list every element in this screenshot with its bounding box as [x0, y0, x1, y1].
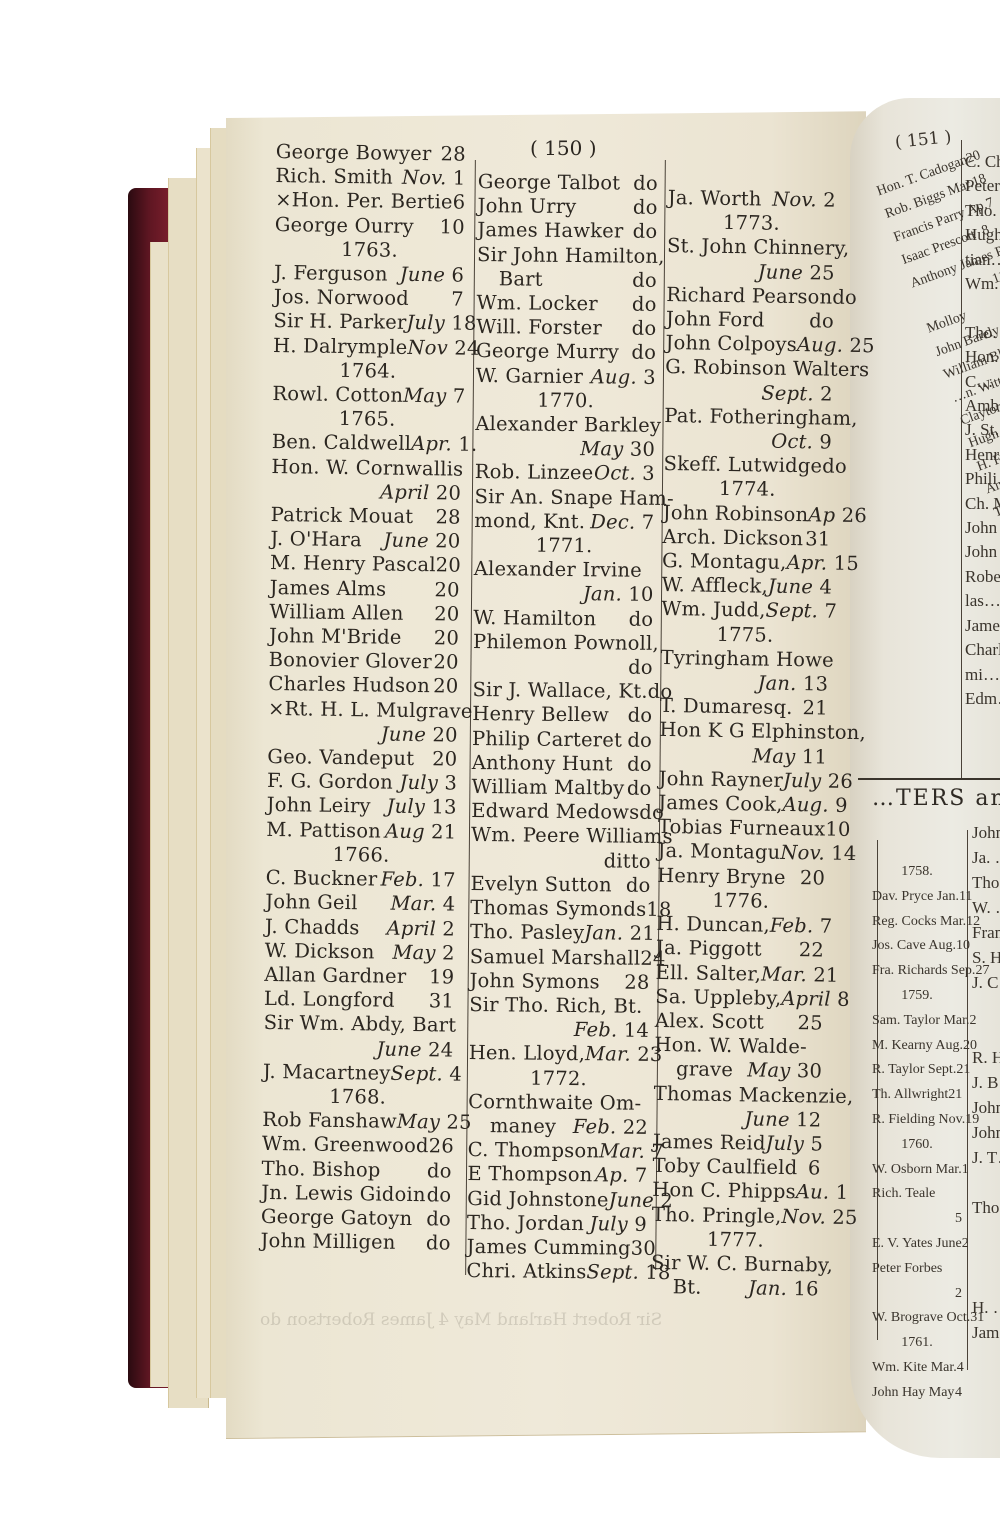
month: Dec.	[590, 510, 635, 533]
officer-name: W. Hamilton	[473, 606, 596, 631]
officer-name: Reg. Cocks Mar.	[872, 910, 966, 935]
commission-date: Jan. 16	[748, 1277, 819, 1302]
list-item: Rich. SmithNov. 1	[275, 164, 465, 191]
day: 25	[809, 261, 835, 284]
officer-name-fragment: W. …	[972, 895, 1000, 920]
day: 6	[808, 1156, 821, 1179]
commission-date: Apr. 1.	[411, 432, 478, 457]
month: April	[781, 987, 831, 1011]
officer-name: Wm. Peere Williams	[471, 823, 673, 849]
month: June	[383, 529, 429, 553]
officer-name-fragment: R. H…	[972, 1045, 1000, 1070]
list-column-2: George TalbotdoJohn UrrydoJames Hawkerdo…	[466, 170, 658, 1285]
commission-date: June 25	[758, 260, 835, 285]
officer-name-fragment: S. H…	[972, 945, 1000, 970]
month: July	[765, 1132, 804, 1156]
list-item: Allan Gardner19	[264, 963, 454, 990]
commission-date: Feb. 17	[380, 868, 455, 893]
month: Nov.	[780, 841, 825, 865]
officer-name: grave	[654, 1057, 733, 1082]
list-item: J. FergusonJune 6	[274, 261, 464, 288]
commission-date: May 25	[397, 1110, 472, 1135]
commission-date: Jan. 21	[584, 921, 655, 946]
officer-name: Bt.	[651, 1275, 702, 1300]
officer-name: M. Pattison	[266, 818, 381, 844]
list-item: Alex. Scott25	[655, 1009, 823, 1036]
day: 28	[624, 970, 649, 993]
day: do	[628, 704, 653, 727]
list-item: June 20	[268, 721, 458, 748]
officer-name: Wm. Judd,	[661, 597, 766, 623]
day: 22	[623, 1115, 648, 1138]
day: do	[427, 1183, 452, 1206]
list-item: Sam. Taylor Mar.2	[872, 1009, 962, 1034]
list-item: Tho. JordanJuly 9	[467, 1211, 647, 1237]
officer-name: Pat. Fotheringham,	[664, 404, 858, 431]
officer-name-fragment: Tho. …	[965, 321, 1000, 345]
day: 21	[630, 922, 655, 945]
commission-date: 20	[432, 747, 458, 772]
list-item: Jan. 13	[660, 670, 828, 697]
officer-name: John Symons	[469, 969, 599, 995]
month: June	[768, 575, 814, 599]
list-item: C. ThompsonMar. 7	[468, 1138, 648, 1164]
list-item: George Bowyer28	[276, 140, 466, 167]
month: Apr.	[786, 551, 827, 575]
officer-name: Tho. Pasley	[470, 920, 584, 945]
day: 24	[428, 1038, 454, 1061]
list-item: Thomas Mackenzie,	[654, 1081, 822, 1108]
officer-name: R. Taylor Sept.	[872, 1058, 956, 1083]
officer-name: Jos. Cave Aug.	[872, 934, 956, 959]
officer-name-fragment: Peter …	[965, 174, 1000, 198]
list-item: Hen. Lloyd,Mar. 23	[469, 1041, 649, 1067]
commission-date: do	[832, 285, 857, 310]
officer-name: J. Chadds	[265, 914, 360, 940]
month: June	[400, 263, 446, 287]
list-item: Will. Forsterdo	[476, 315, 656, 341]
day: do	[632, 317, 657, 340]
commission-date: 20	[800, 866, 826, 891]
day: 6	[453, 191, 466, 214]
list-item: George Gatoyndo	[261, 1205, 451, 1232]
officer-name: Skeff. Lutwidge	[663, 452, 822, 479]
month: Nov.	[781, 1204, 826, 1228]
day: 26	[429, 1135, 455, 1158]
commission-date: 28	[440, 142, 466, 167]
officer-name: C. Buckner	[266, 866, 378, 892]
list-item: St. John Chinnery,	[667, 234, 835, 261]
officer-name-fragment: Edm…	[965, 687, 1000, 711]
officer-name: W. Affleck,	[662, 573, 768, 599]
officer-name: Evelyn Sutton	[470, 872, 612, 898]
commission-date: do	[427, 1159, 452, 1184]
list-item: June 12	[653, 1106, 821, 1133]
commission-date: do	[426, 1231, 451, 1256]
commission-date: Nov. 2	[772, 188, 836, 213]
officer-name: Sir An. Snape Ham-	[474, 485, 673, 511]
officer-name: Ell. Salter,	[655, 960, 761, 986]
list-item: Hon. W. Cornwallis	[271, 455, 461, 482]
officer-name: St. John Chinnery,	[667, 234, 850, 261]
officer-name: Edward Medows	[471, 799, 639, 825]
commission-date: 19	[429, 965, 455, 990]
list-item: Toby Caulfield6	[652, 1154, 820, 1181]
list-item: Tobias Furneaux10	[658, 815, 826, 842]
month: Feb.	[574, 1018, 618, 1041]
list-item: Alexander Irvine	[474, 557, 654, 583]
day: do	[632, 268, 657, 291]
officer-name: Ben. Caldwell	[272, 430, 412, 456]
commission-date: May 7	[403, 384, 466, 409]
commission-date: Sept. 7	[765, 599, 837, 624]
officer-name: J. Macartney	[263, 1060, 391, 1086]
list-item: John LeiryJuly 13	[267, 793, 457, 820]
officer-name: H. Duncan,	[656, 912, 770, 938]
day: 10	[439, 215, 465, 238]
commission-date: 26	[429, 1135, 455, 1160]
list-item: Feb. 14	[469, 1017, 649, 1043]
day: 20	[432, 747, 458, 770]
officer-name: Patrick Mouat	[271, 503, 414, 529]
commission-date: 20	[433, 675, 459, 700]
day: 31	[429, 989, 455, 1012]
day: 10	[628, 583, 653, 606]
day: 11	[802, 745, 828, 768]
commission-date: May 2	[392, 940, 455, 965]
officer-name: ×Rt. H. L. Mulgrave	[268, 697, 473, 724]
list-item: George Talbotdo	[478, 170, 658, 196]
list-item: Anthony Huntdo	[472, 751, 652, 777]
list-item: Cornthwaite Om-	[468, 1090, 648, 1116]
officer-name: T. Dumaresq.	[660, 694, 793, 720]
commission-date: Aug 21	[385, 819, 457, 844]
officer-name: Cornthwaite Om-	[468, 1090, 641, 1116]
year-heading: 1765.	[272, 406, 462, 433]
day: do	[632, 293, 657, 316]
officer-name: George Talbot	[478, 170, 621, 196]
officer-name-fragment: J. C…	[972, 970, 1000, 995]
commission-date: do	[426, 1183, 451, 1208]
list-item: John RobinsonAp 26	[663, 501, 831, 528]
officer-name-fragment: Phili…	[965, 467, 1000, 491]
month: Jan.	[584, 921, 623, 944]
day: 15	[834, 552, 860, 575]
month: Oct.	[594, 462, 636, 485]
day: 10	[956, 934, 970, 959]
commission-date: 31	[429, 989, 455, 1014]
list-item: J. O'HaraJune 20	[270, 527, 460, 554]
commission-date: Aug. 25	[797, 333, 875, 358]
day: 11	[959, 885, 972, 910]
day: do	[629, 607, 654, 630]
commission-date: July 5	[765, 1132, 823, 1157]
day: 7	[824, 600, 837, 623]
list-item: H. Duncan,Feb. 7	[656, 912, 824, 939]
year-heading: 1766.	[266, 842, 456, 869]
officer-name: Hon. W. Cornwallis	[271, 455, 463, 482]
commission-date: June 4	[768, 575, 833, 600]
commission-date: Dec. 7	[590, 510, 654, 535]
list-item: Tyringham Howe	[660, 646, 828, 673]
day: 14	[624, 1019, 649, 1042]
list-item: J. ChaddsApril 2	[265, 914, 455, 941]
month: April	[386, 916, 436, 940]
commission-date: Nov. 25	[781, 1204, 858, 1229]
list-item: W. Affleck,June 4	[662, 573, 830, 600]
list-item: Skeff. Lutwidgedo	[663, 452, 831, 479]
list-item: W. Osborn Mar.1	[872, 1158, 962, 1183]
commission-date: 31	[805, 527, 831, 552]
list-item: G. Robinson Walters	[665, 355, 833, 382]
day: 26	[828, 769, 854, 792]
officer-name: Jos. Norwood	[274, 285, 409, 311]
year-heading: 1759.	[872, 984, 962, 1009]
day: 20	[433, 651, 459, 674]
officer-name: F. G. Gordon	[267, 769, 393, 795]
day: do	[628, 656, 653, 679]
list-item: Jos. Cave Aug.10	[872, 934, 962, 959]
list-item: 2	[872, 1282, 962, 1307]
officer-name: Rob Fanshaw	[262, 1108, 397, 1134]
day: 14	[831, 842, 857, 865]
list-item: Hon. W. Walde-	[654, 1033, 822, 1060]
day: do	[626, 873, 651, 896]
commission-date: Feb. 14	[574, 1018, 649, 1043]
officer-name-fragment: Henr…	[965, 443, 1000, 467]
commission-date: July 9	[589, 1212, 647, 1237]
list-item: T. Dumaresq.21	[660, 694, 828, 721]
month: Au.	[796, 1180, 830, 1204]
day: do	[822, 455, 847, 478]
right-page-bottom-fragments: John…Ja. …Tho…W. …Fran…S. H…J. C…R. H…J.…	[972, 820, 1000, 1345]
commission-date: do	[632, 268, 657, 292]
officer-name: G. Robinson Walters	[665, 355, 870, 382]
officer-name-fragment: Charl…	[965, 638, 1000, 662]
list-item: Sa. Uppleby,April 8	[655, 985, 823, 1012]
officer-name: Tobias Furneaux	[658, 815, 826, 842]
list-item: Ld. Longford31	[264, 987, 454, 1014]
officer-name-fragment: Hugh…	[965, 223, 1000, 247]
officer-name-fragment: Jam…	[972, 1320, 1000, 1345]
officer-name-fragment: Jame…	[965, 614, 1000, 638]
commission-date: May 30	[747, 1059, 822, 1084]
day: 21	[431, 820, 457, 843]
officer-name-fragment: tian…	[965, 248, 1000, 272]
day: 20	[800, 866, 826, 889]
day: 28	[440, 142, 466, 165]
list-item: Philip Carteretdo	[472, 727, 652, 753]
list-item: Reg. Cocks Mar.12	[872, 910, 962, 935]
officer-name: Bonovier Glover	[269, 648, 432, 674]
commission-date: April 2	[386, 916, 455, 941]
commission-date: 28	[435, 505, 461, 530]
day: do	[809, 309, 834, 332]
month: Aug.	[797, 333, 843, 357]
commission-date: June 24	[376, 1037, 453, 1062]
month: May	[752, 744, 796, 768]
month: Ap	[808, 503, 835, 526]
day: 7	[642, 511, 655, 534]
commission-date: Jan. 10	[583, 583, 654, 608]
commission-date: June 12	[744, 1107, 821, 1132]
commission-date: Aug. 3	[591, 365, 656, 390]
day: 18	[451, 312, 477, 335]
day: do	[627, 777, 652, 800]
list-item: James ReidJuly 5	[653, 1130, 821, 1157]
list-item: Wm. Lockerdo	[476, 291, 656, 317]
officer-name: Rich. Teale	[872, 1182, 935, 1207]
officer-name-fragment: Wm. …	[965, 272, 1000, 296]
day: 20	[434, 578, 460, 601]
month: Nov.	[772, 188, 817, 212]
month: July	[399, 771, 438, 795]
officer-name: John Hay May	[872, 1381, 954, 1406]
list-item: Jan. 10	[473, 581, 653, 607]
list-item: M. Kearny Aug.20	[872, 1034, 962, 1059]
list-item: Samuel Marshall24	[470, 944, 650, 970]
day: 2	[442, 917, 455, 940]
day: 6	[451, 263, 464, 286]
commission-date: April 20	[380, 480, 461, 505]
list-item: Ja. Piggott22	[656, 936, 824, 963]
officer-name: Ld. Longford	[264, 987, 395, 1013]
commission-date: Au. 1	[796, 1180, 849, 1205]
day: 4	[957, 1356, 964, 1381]
officer-name: Will. Forster	[476, 315, 602, 341]
month: May	[397, 1110, 441, 1134]
month: Sept.	[586, 1260, 639, 1284]
officer-name: Samuel Marshall	[470, 944, 641, 970]
list-item: William Allen20	[269, 600, 459, 627]
list-item: May 30	[475, 436, 655, 462]
list-item: ×Rt. H. L. Mulgrave	[268, 697, 458, 724]
commission-date: 20	[434, 602, 460, 627]
list-item: William Maltbydo	[471, 775, 651, 801]
day: 20	[433, 675, 459, 698]
day: 1	[453, 167, 466, 190]
list-item: Tho. PasleyJan. 21	[470, 920, 650, 946]
list-item: John GeilMar. 4	[265, 890, 455, 917]
right-page-bottom-column: 1758.Dav. Pryce Jan.11Reg. Cocks Mar.12J…	[872, 860, 962, 1406]
list-item: John Milligendo	[260, 1229, 450, 1256]
officer-name-fragment: C…	[965, 370, 1000, 394]
day: 4	[819, 576, 832, 599]
officer-name-fragment: Tho…	[972, 870, 1000, 895]
officer-name: Bart	[477, 267, 543, 292]
list-item: Bonovier Glover20	[269, 648, 459, 675]
list-item: James Alms20	[270, 576, 460, 603]
list-item: John Hay May4	[872, 1381, 962, 1406]
month: Feb.	[380, 868, 424, 892]
commission-date: do	[627, 777, 652, 801]
commission-date: Oct. 9	[771, 430, 832, 455]
officer-name-fragment	[972, 1220, 1000, 1245]
list-item: Wm. Greenwood26	[262, 1132, 452, 1159]
month: Oct.	[771, 430, 813, 454]
list-item: Bartdo	[477, 267, 657, 293]
list-item: Gid JohnstoneJune 2	[467, 1186, 647, 1212]
officer-name: Anthony Hunt	[472, 751, 613, 777]
officer-name: Tho. Bishop	[261, 1156, 380, 1182]
month: June	[609, 1188, 655, 1211]
list-item: Philemon Pownoll,	[473, 630, 653, 656]
officer-name: Geo. Vandeput	[267, 745, 414, 771]
day: 20	[435, 530, 461, 553]
officer-name: James Alms	[270, 576, 387, 602]
month: July	[406, 311, 445, 335]
commission-date: July 18	[406, 311, 476, 336]
officer-name: James Cook,	[658, 791, 783, 817]
day: 2	[962, 1232, 969, 1257]
officer-name: Sam. Taylor Mar.	[872, 1009, 970, 1034]
commission-date: April 8	[781, 987, 850, 1012]
list-item: Sept. 2	[665, 380, 833, 407]
officer-name: John Milligen	[260, 1229, 395, 1255]
section-rule	[858, 778, 1000, 780]
year-heading: 1776.	[657, 888, 825, 915]
month: Mar.	[599, 1139, 645, 1162]
month: Ap.	[595, 1164, 629, 1187]
commission-date: Nov 24	[407, 335, 479, 360]
commission-date: do	[633, 196, 658, 220]
officer-name: W. Dickson	[265, 939, 375, 965]
officer-name-fragment	[972, 1170, 1000, 1195]
officer-name: M. Henry Pascal	[270, 551, 436, 578]
day: 1	[836, 1181, 849, 1204]
officer-name-fragment	[972, 1270, 1000, 1295]
list-item: 5	[872, 1207, 962, 1232]
list-item: graveMay 30	[654, 1057, 822, 1084]
day: 9	[819, 430, 832, 453]
list-item: Arch. Dickson31	[662, 525, 830, 552]
officer-name-fragment	[972, 1020, 1000, 1045]
month: Aug	[385, 819, 425, 843]
officer-name: Sa. Uppleby,	[655, 985, 781, 1011]
year-heading: 1760.	[872, 1133, 962, 1158]
month: July	[386, 795, 425, 819]
list-item: Rowl. CottonMay 7	[272, 382, 462, 409]
list-item: Ben. CaldwellApr. 1.	[272, 430, 462, 457]
officer-name: John Ford	[666, 307, 765, 333]
officer-name: Wm. Locker	[476, 291, 597, 316]
commission-date: July 26	[783, 769, 853, 794]
commission-date: Aug. 9	[782, 793, 848, 818]
commission-date: 10	[825, 818, 851, 843]
officer-name: Rich. Smith	[275, 164, 393, 190]
day: 2	[955, 1282, 962, 1307]
officer-name: Philemon Pownoll,	[473, 630, 659, 656]
month: Jan.	[748, 1277, 787, 1301]
list-item: R. Taylor Sept.21	[872, 1058, 962, 1083]
year-heading: 1772.	[468, 1065, 648, 1091]
list-item: June 24	[263, 1035, 453, 1062]
commission-date: Sept. 2	[761, 381, 833, 406]
list-item: George Murrydo	[476, 339, 656, 365]
list-item: John RaynerJuly 26	[658, 767, 826, 794]
list-item: Th. Allwright21	[872, 1083, 962, 1108]
list-item: Sir John Hamilton,	[477, 243, 657, 269]
month: May	[403, 384, 447, 408]
day: 26	[842, 503, 868, 526]
list-item: John Symons28	[469, 969, 649, 995]
commission-date: do	[627, 752, 652, 776]
list-item: Bt.Jan. 16	[651, 1275, 819, 1302]
day: 31	[805, 527, 831, 550]
commission-date: Mar. 4	[390, 892, 455, 917]
day: do	[426, 1207, 451, 1230]
list-item: E ThompsonAp. 7	[467, 1162, 647, 1188]
